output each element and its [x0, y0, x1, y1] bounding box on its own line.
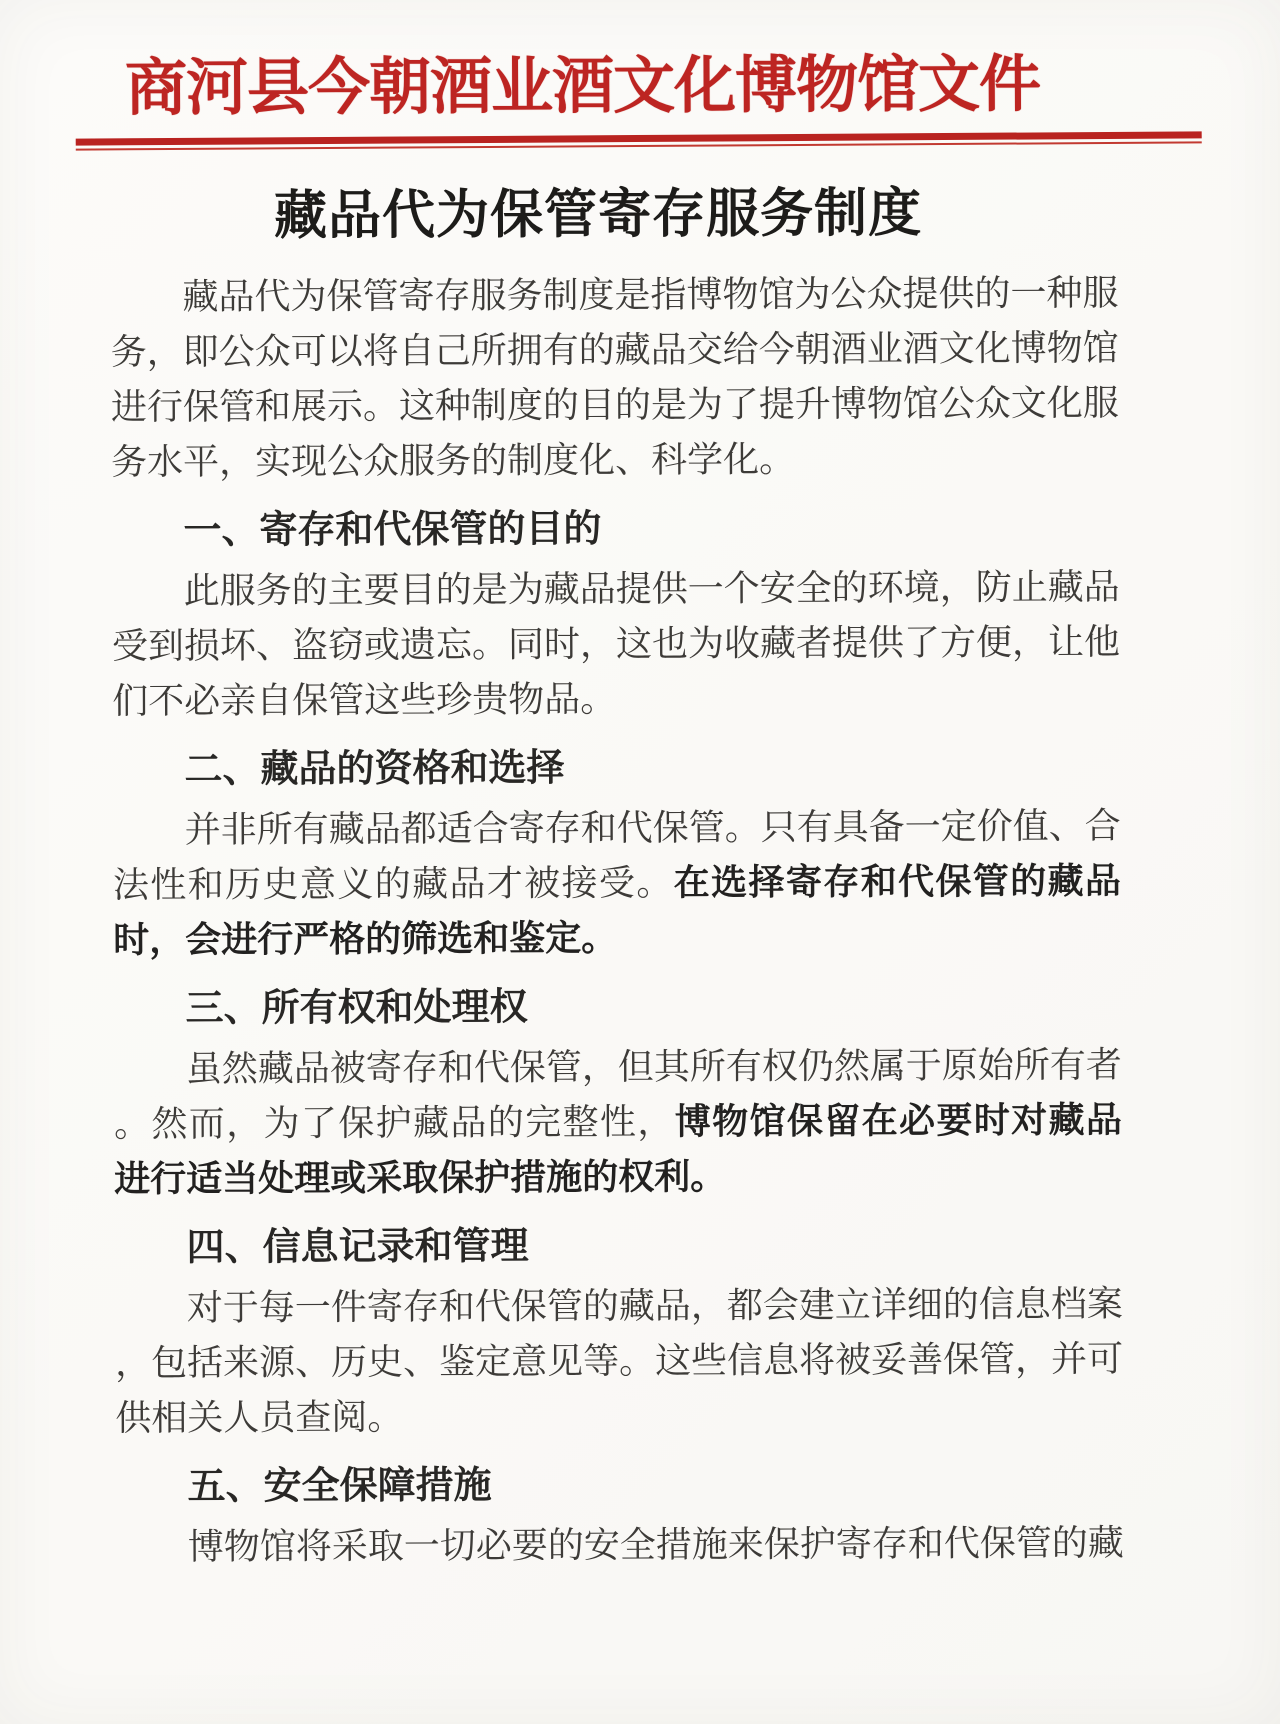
text-run: 藏品代为保管寄存服务制度是指博物馆为公众提供的一种服务，即公众可以将自己所拥有的… [111, 273, 1119, 482]
letterhead-title: 商河县今朝酒业酒文化博物馆文件 [0, 49, 1223, 126]
section-heading: 一、寄存和代保管的目的 [111, 500, 1119, 559]
document-paragraph: 此服务的主要目的是为藏品提供一个安全的环境，防止藏品受到损坏、盗窃或遗忘。同时，… [112, 560, 1121, 729]
document-body: 藏品代为保管寄存服务制度是指博物馆为公众提供的一种服务，即公众可以将自己所拥有的… [110, 266, 1124, 1575]
document-title: 藏品代为保管寄存服务制度 [0, 183, 1238, 250]
section-heading: 三、所有权和处理权 [113, 978, 1121, 1037]
text-run: 此服务的主要目的是为藏品提供一个安全的环境，防止藏品受到损坏、盗窃或遗忘。同时，… [112, 567, 1120, 721]
text-run: 博物馆将采取一切必要的安全措施来保护寄存和代保管的藏 [188, 1523, 1124, 1567]
document-paragraph: 藏品代为保管寄存服务制度是指博物馆为公众提供的一种服务，即公众可以将自己所拥有的… [110, 266, 1119, 490]
letterhead-rule [76, 132, 1202, 151]
document-paragraph: 并非所有藏品都适合寄存和代保管。只有具备一定价值、合法性和历史意义的藏品才被接受… [113, 799, 1122, 968]
document-paragraph: 对于每一件寄存和代保管的藏品，都会建立详细的信息档案，包括来源、历史、鉴定意见等… [115, 1277, 1124, 1446]
document-content: 商河县今朝酒业酒文化博物馆文件 藏品代为保管寄存服务制度 藏品代为保管寄存服务制… [0, 49, 1280, 1576]
section-heading: 二、藏品的资格和选择 [112, 739, 1120, 798]
scanned-document-page: 商河县今朝酒业酒文化博物馆文件 藏品代为保管寄存服务制度 藏品代为保管寄存服务制… [0, 0, 1280, 1724]
document-paragraph: 虽然藏品被寄存和代保管，但其所有权仍然属于原始所有者。然而，为了保护藏品的完整性… [114, 1038, 1123, 1207]
document-paragraph: 博物馆将采取一切必要的安全措施来保护寄存和代保管的藏 [116, 1516, 1124, 1575]
letterhead: 商河县今朝酒业酒文化博物馆文件 [0, 49, 1278, 150]
text-run: 对于每一件寄存和代保管的藏品，都会建立详细的信息档案，包括来源、历史、鉴定意见等… [115, 1284, 1123, 1438]
section-heading: 五、安全保障措施 [115, 1456, 1123, 1515]
section-heading: 四、信息记录和管理 [114, 1217, 1122, 1276]
